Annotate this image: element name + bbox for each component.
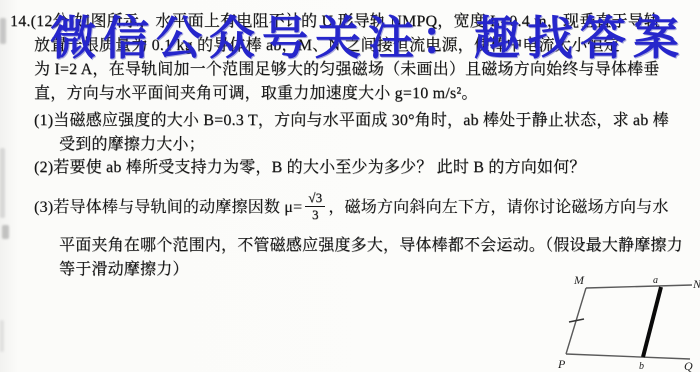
question-1-line-1: (1)当磁感应强度的大小 B=0.3 T，方向与水平面成 30°角时，ab 棒处… (34, 107, 669, 130)
fraction-sqrt3-over-3: √33 (305, 191, 325, 221)
scan-artifact (0, 148, 5, 218)
question-3-text-before-fraction: (3)若导体棒与导轨间的动摩擦因数 μ= (34, 199, 302, 216)
circuit-diagram: M N P Q a b (540, 272, 700, 372)
label-N: N (692, 277, 700, 291)
question-1-line-2: 受到的摩擦力大小； (59, 131, 205, 154)
label-M: M (573, 273, 585, 287)
scan-artifact (0, 320, 4, 352)
fraction-denominator: 3 (312, 207, 319, 222)
scan-artifact (0, 18, 6, 44)
question-3-line-2: 平面夹角在哪个范围内，不管磁感应强度多大，导体棒都不会运动。（假设最大静摩擦力 (59, 232, 683, 255)
question-3-line-1: (3)若导体棒与导轨间的动摩擦因数 μ=√33，磁场方向斜向左下方，请你讨论磁场… (34, 193, 669, 223)
label-b: b (639, 361, 644, 372)
watermark: 微信公众号关注：趣找答案 (50, 2, 686, 68)
conductor-rod-ab (643, 287, 661, 357)
scan-artifact (2, 225, 9, 239)
problem-stem-line-4: 直，方向与水平面间夹角可调，取重力加速度大小 g=10 m/s²。 (34, 80, 478, 103)
exam-page: 14.(12分)如图所示，水平面上有电阻不计的 U 形导轨 NMPQ，宽度 L=… (0, 0, 700, 372)
question-3-line-3: 等于滑动摩擦力） (59, 256, 189, 279)
rail-bottom-PQ (566, 354, 690, 359)
rail-top-MN (586, 285, 692, 288)
label-P: P (557, 357, 566, 371)
fraction-numerator: √3 (305, 191, 325, 207)
label-Q: Q (684, 359, 693, 372)
question-2-line: (2)若要使 ab 棒所受支持力为零，B 的大小至少为多少？ 此时 B 的方向如… (34, 154, 586, 177)
label-a: a (653, 275, 658, 286)
question-3-text-after-fraction: ，磁场方向斜向左下方，请你讨论磁场方向与水 (328, 199, 668, 216)
